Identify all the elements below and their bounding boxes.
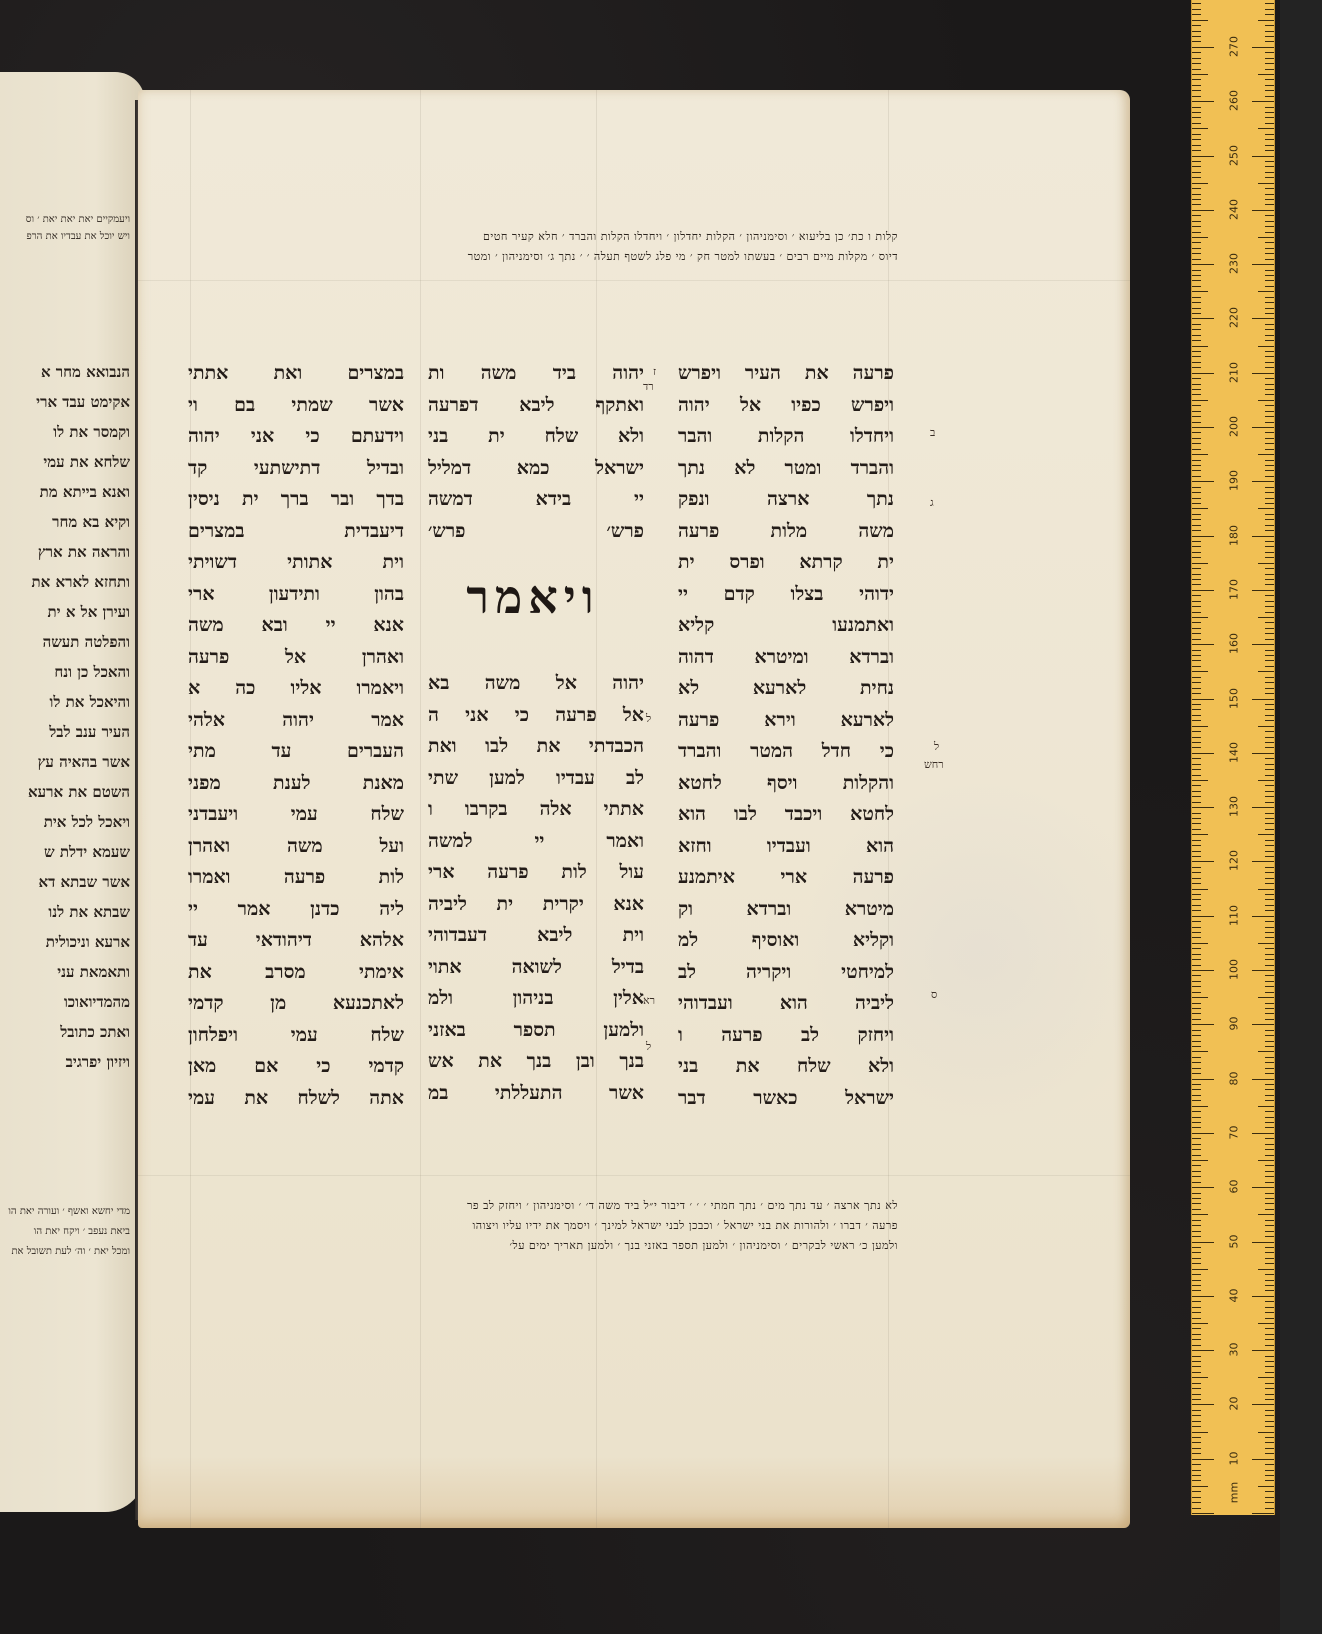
ruler-tick [1258, 1486, 1274, 1487]
ruler-tick [1192, 465, 1201, 466]
ruler-tick [1192, 1301, 1201, 1302]
ruler-tick [1265, 1117, 1274, 1118]
ruler-tick [1192, 747, 1201, 748]
ruler-tick [1258, 346, 1274, 347]
ruling-line [138, 1175, 1130, 1176]
ruler-tick [1192, 720, 1201, 721]
text-line: אשר שמתי בם וי [188, 390, 404, 422]
ruler-tick [1265, 1155, 1274, 1156]
inter-column-note: ז [653, 365, 656, 378]
ruler-tick [1192, 1231, 1201, 1232]
ruler-tick [1265, 883, 1274, 884]
ruler-tick [1265, 242, 1274, 243]
ruler-tick [1192, 1182, 1201, 1183]
ruler-tick [1192, 389, 1201, 390]
ruler-tick [1265, 487, 1274, 488]
ruler-label: 160 [1228, 632, 1241, 656]
ruler-tick [1192, 921, 1201, 922]
ruler-tick [1265, 280, 1274, 281]
ruler-tick [1265, 612, 1274, 613]
ruler-tick [1265, 1258, 1274, 1259]
ruler-tick [1265, 422, 1274, 423]
facing-text-line: ואתכ כתובל [0, 1017, 130, 1047]
ruler-tick [1265, 1220, 1274, 1221]
ruler-tick [1192, 574, 1201, 575]
ruler-tick [1192, 845, 1201, 846]
ruler-tick [1192, 221, 1201, 222]
ruler-tick [1192, 74, 1208, 75]
ruler-tick [1192, 1198, 1201, 1199]
facing-top-line-1: ויעמקיים יאת יאת יאת ׳ וס [0, 212, 130, 228]
ruler-tick [1192, 378, 1201, 379]
ruler-tick [1252, 373, 1274, 374]
text-line: ולא שלח את בני [678, 1051, 894, 1083]
ruler-tick [1265, 1394, 1274, 1395]
ruler-tick [1192, 948, 1201, 949]
ruler-tick [1258, 128, 1274, 129]
ruler-tick [1265, 1111, 1274, 1112]
ruler-tick [1192, 117, 1201, 118]
facing-text-line: שלחא את עמי [0, 447, 130, 477]
facing-text-line: והפלטה תעשה [0, 627, 130, 657]
ruler-tick [1192, 139, 1201, 140]
ruler-label: 170 [1228, 577, 1241, 601]
ruler-label: 260 [1228, 89, 1241, 113]
ruler-tick [1192, 156, 1214, 157]
masorah-bottom-line-2: פרעה ׳ דברו ׳ ולהורות את בני ישראל ׳ וכב… [188, 1216, 898, 1235]
ruler-tick [1265, 894, 1274, 895]
text-line: אנא יי ובא משה [188, 610, 404, 642]
ruler-tick [1265, 574, 1274, 575]
ruler-tick [1265, 867, 1274, 868]
ruler-tick [1192, 1122, 1201, 1123]
ruler-tick [1192, 1437, 1201, 1438]
text-line: ליה כדנן אמר יי [188, 894, 404, 926]
ruler-tick [1265, 112, 1274, 113]
margin-note: ב [930, 426, 935, 439]
ruler-tick [1192, 693, 1201, 694]
ruler-tick [1192, 633, 1201, 634]
ruler-tick [1192, 1073, 1201, 1074]
ruler-tick [1265, 308, 1274, 309]
ruler-tick [1265, 1328, 1274, 1329]
ruler-tick [1192, 194, 1201, 195]
facing-text-line: ויזיון יפרגיב [0, 1047, 130, 1077]
ruler-tick [1258, 726, 1274, 727]
ruler-tick [1192, 14, 1201, 15]
ruler-tick [1192, 655, 1201, 656]
ruler-tick [1265, 215, 1274, 216]
ruler-tick [1252, 590, 1274, 591]
ruler-tick [1252, 1242, 1274, 1243]
ruler-tick [1192, 96, 1201, 97]
ruler-tick [1192, 329, 1201, 330]
ruler-label: 70 [1228, 1120, 1241, 1144]
text-line: עול לות פרעה ארי [428, 857, 644, 889]
text-column-left: במצרים ואת אתתיאשר שמתי בם ויוידעתם כי א… [188, 358, 404, 1114]
ruler-tick [1258, 1214, 1274, 1215]
ruler-tick [1252, 156, 1274, 157]
ruler-tick [1265, 546, 1274, 547]
ruler-tick [1258, 454, 1274, 455]
text-line: במצרים ואת אתתי [188, 358, 404, 390]
ruler-tick [1192, 813, 1201, 814]
ruler-tick [1192, 959, 1201, 960]
ruler-tick [1192, 1508, 1201, 1509]
ruler-tick [1192, 1442, 1201, 1443]
masorah-top-line-2: דיוס ׳ מקלות מיים רבים ׳ בעשתו למטר חק ׳… [188, 247, 898, 266]
ruler-tick [1265, 1399, 1274, 1400]
ruler-label: 80 [1228, 1066, 1241, 1090]
ruler-tick [1192, 1312, 1201, 1313]
ruler-tick [1265, 1290, 1274, 1291]
ruler-tick [1265, 253, 1274, 254]
ruler-tick [1192, 688, 1201, 689]
ruler-tick [1192, 525, 1201, 526]
ruler-tick [1192, 318, 1214, 319]
ruler-tick [1265, 107, 1274, 108]
ruler-tick [1265, 329, 1274, 330]
ruler-tick [1192, 1280, 1201, 1281]
ruler-tick [1192, 1203, 1201, 1204]
ruler-tick [1192, 1024, 1214, 1025]
ruler-tick [1192, 601, 1201, 602]
ruler-tick [1192, 1008, 1201, 1009]
ruler-tick [1265, 14, 1274, 15]
ruler-tick [1192, 1377, 1208, 1378]
ruler-tick [1192, 503, 1201, 504]
text-line: יהוה אל משה בא [428, 668, 644, 700]
ruler-tick [1265, 682, 1274, 683]
ruler-tick [1192, 1366, 1201, 1367]
ruler-tick [1265, 1165, 1274, 1166]
ruler-tick [1192, 1269, 1208, 1270]
ruler-tick [1192, 1035, 1201, 1036]
ruler-tick [1192, 1171, 1201, 1172]
ruler-tick [1192, 422, 1201, 423]
ruler-tick [1192, 1030, 1201, 1031]
ruler-tick [1192, 150, 1201, 151]
ruler-tick [1192, 536, 1214, 537]
ruler-tick [1265, 362, 1274, 363]
ruler-tick [1192, 112, 1201, 113]
ruler-tick [1192, 69, 1201, 70]
ruler-tick [1192, 25, 1201, 26]
text-line: יהוה ביד משה ות [428, 358, 644, 390]
ruler-tick [1265, 335, 1274, 336]
text-line: ישראל כמא דמליל [428, 453, 644, 485]
facing-text-line: אקימט עבד ארי [0, 387, 130, 417]
ruler-tick [1265, 1502, 1274, 1503]
ruler-tick [1192, 1263, 1201, 1264]
ruler-tick [1192, 699, 1214, 700]
margin-note: ל [934, 740, 939, 753]
ruler-tick [1192, 1361, 1201, 1362]
text-line: לחטא ויכבד לבו הוא [678, 799, 894, 831]
ruler-tick [1192, 617, 1208, 618]
ruler-tick [1258, 889, 1274, 890]
ruler-tick [1192, 1323, 1208, 1324]
ruler-tick [1265, 1008, 1274, 1009]
ruler-label: 40 [1228, 1283, 1241, 1307]
ruler-tick [1192, 264, 1214, 265]
ruler-tick [1265, 1285, 1274, 1286]
ruler-tick [1192, 726, 1208, 727]
ruler-tick [1192, 1193, 1201, 1194]
facing-text-line: ויאכל לכל אית [0, 807, 130, 837]
ruler-tick [1192, 449, 1201, 450]
ruler-tick [1192, 584, 1201, 585]
ruler-tick [1265, 177, 1274, 178]
ruler-tick [1265, 639, 1274, 640]
ruler-label: 180 [1228, 523, 1241, 547]
ruler-tick [1192, 1426, 1201, 1427]
ruler-tick [1192, 650, 1201, 651]
ruler-tick [1265, 1263, 1274, 1264]
ruler-tick [1265, 460, 1274, 461]
text-line: אתתי אלה בקרבו ו [428, 794, 644, 826]
ruler-tick [1192, 1041, 1201, 1042]
facing-text-line: ארעא וניכולית [0, 927, 130, 957]
ruler-tick [1265, 1415, 1274, 1416]
ruler-tick [1192, 297, 1201, 298]
ruler-tick [1192, 622, 1201, 623]
ruler-tick [1252, 699, 1274, 700]
text-line: מיטרא וברדא וק [678, 894, 894, 926]
ruler-tick [1258, 617, 1274, 618]
ruler-tick [1265, 1095, 1274, 1096]
ruler-tick [1252, 1187, 1274, 1188]
ruler-tick [1192, 764, 1201, 765]
ruler-tick [1192, 1345, 1201, 1346]
ruler-tick [1192, 1051, 1208, 1052]
ruler-label: 140 [1228, 740, 1241, 764]
ruler-tick [1192, 302, 1201, 303]
ruler-tick [1265, 123, 1274, 124]
ruler-tick [1265, 449, 1274, 450]
ruler-tick [1192, 1057, 1201, 1058]
ruler-tick [1252, 481, 1274, 482]
ruler-tick [1192, 628, 1201, 629]
ruler-tick [1265, 31, 1274, 32]
ruler-tick [1265, 1127, 1274, 1128]
ruler-tick [1192, 204, 1201, 205]
ruler-tick [1192, 210, 1214, 211]
ruler-tick [1265, 313, 1274, 314]
ruler-tick [1265, 921, 1274, 922]
text-line: בנך ובן בנך את אש [428, 1046, 644, 1078]
ruler-tick [1265, 785, 1274, 786]
ruler-tick [1192, 161, 1201, 162]
text-line: אלהא דיהודאי עד [188, 925, 404, 957]
ruler-tick [1265, 503, 1274, 504]
ruler-tick [1192, 1404, 1214, 1405]
ruler-tick [1192, 997, 1208, 998]
ruler-tick [1192, 1383, 1201, 1384]
ruler-tick [1265, 389, 1274, 390]
ruler-tick [1265, 275, 1274, 276]
ruler-tick [1265, 1225, 1274, 1226]
text-line: אנא יקרית ית ליביה [428, 889, 644, 921]
ruler-tick [1265, 1035, 1274, 1036]
ruler-tick [1258, 508, 1274, 509]
text-line: לב עבדיו למען שתי [428, 763, 644, 795]
ruler-tick [1192, 823, 1201, 824]
text-line: וקליא ואוסיף למ [678, 925, 894, 957]
ruler-tick [1192, 568, 1201, 569]
ruler-tick [1265, 1019, 1274, 1020]
ruler-tick [1192, 612, 1201, 613]
ruler-tick [1192, 367, 1201, 368]
ruler-tick [1192, 237, 1208, 238]
ruler-tick [1265, 1041, 1274, 1042]
facing-top-line-2: ויש יוכל את עבדיו את הרפ [0, 229, 130, 245]
ruler-tick [1265, 905, 1274, 906]
ruler-tick [1258, 237, 1274, 238]
facing-text-line: וקיא בא מחר [0, 507, 130, 537]
ruler-tick [1192, 682, 1201, 683]
facing-text-line: שעמא ידלת ש [0, 837, 130, 867]
text-line: ואתמנעו קליא [678, 610, 894, 642]
ruler-tick [1192, 286, 1201, 287]
ruler-tick [1258, 563, 1274, 564]
text-line: ואמר יי למשה [428, 826, 644, 858]
ruler-tick [1192, 742, 1201, 743]
ruler-tick [1265, 1280, 1274, 1281]
ruler-label: 10 [1228, 1446, 1241, 1470]
ruler-tick [1192, 438, 1201, 439]
text-line: אלין בניהון ולמ [428, 983, 644, 1015]
text-line: וית ליבא דעבדוהי [428, 920, 644, 952]
ruler-tick [1265, 519, 1274, 520]
ruler-tick [1192, 9, 1201, 10]
ruler-tick [1192, 481, 1214, 482]
ruler-tick [1265, 514, 1274, 515]
ruler-tick [1265, 405, 1274, 406]
text-line: ישראל כאשר דבר [678, 1083, 894, 1115]
ruler-tick [1265, 823, 1274, 824]
ruler-tick [1265, 1356, 1274, 1357]
ruler-tick [1265, 394, 1274, 395]
text-line: משה מלות פרעה [678, 516, 894, 548]
ruler-tick [1192, 1242, 1214, 1243]
ruler-tick [1192, 1106, 1208, 1107]
ruler-label: 120 [1228, 849, 1241, 873]
ruler-tick [1265, 1203, 1274, 1204]
ruler-tick [1265, 351, 1274, 352]
ruler-tick [1192, 563, 1208, 564]
ruler-tick [1192, 753, 1214, 754]
ruler-tick [1192, 796, 1201, 797]
ruler-tick [1265, 1144, 1274, 1145]
text-line: בדיל לשואה אתוי [428, 952, 644, 984]
text-line: ויפרש כפיו אל יהוה [678, 390, 894, 422]
ruler-tick [1265, 1182, 1274, 1183]
ruler-tick [1265, 1057, 1274, 1058]
ruler-tick [1192, 128, 1208, 129]
ruler-tick [1192, 487, 1201, 488]
ruler-tick [1265, 416, 1274, 417]
ruler-tick [1265, 1361, 1274, 1362]
ruler-tick [1192, 324, 1201, 325]
ruler-tick [1192, 943, 1208, 944]
ruler-tick [1265, 85, 1274, 86]
ruler-tick [1192, 856, 1201, 857]
ruler-tick [1265, 992, 1274, 993]
ruler-tick [1265, 1383, 1274, 1384]
ruler-tick [1192, 769, 1201, 770]
ruler-tick [1265, 965, 1274, 966]
ruler-tick [1265, 90, 1274, 91]
ruler-tick [1192, 183, 1208, 184]
ruler-tick [1258, 291, 1274, 292]
ruler-tick [1265, 1475, 1274, 1476]
ruler-tick [1192, 557, 1201, 558]
ruler-tick [1265, 818, 1274, 819]
ruler-tick [1252, 427, 1274, 428]
ruler-tick [1265, 813, 1274, 814]
ruler-tick [1192, 1003, 1201, 1004]
ruler-tick [1192, 79, 1201, 80]
text-line: וידעתם כי אני יהוה [188, 421, 404, 453]
masorah-bottom-line-1: לא נתך ארצה ׳ עד נתך מים ׳ נתך חמתי ׳ ׳ … [188, 1196, 898, 1215]
ruler-tick [1265, 139, 1274, 140]
text-line: לאתכנעא מן קדמי [188, 988, 404, 1020]
ruler-tick [1265, 932, 1274, 933]
ruler-tick [1265, 1013, 1274, 1014]
text-column-middle-bottom: יהוה אל משה באאל פרעה כי אני ההכבדתי את … [428, 668, 644, 1109]
ruler-tick [1192, 1089, 1201, 1090]
ruler-tick [1265, 1508, 1274, 1509]
ruler-label: 230 [1228, 252, 1241, 276]
ruler-tick [1258, 1106, 1274, 1107]
ruler-tick [1192, 851, 1201, 852]
ruler-tick [1192, 883, 1201, 884]
ruler-tick [1192, 644, 1214, 645]
text-line: הכבדתי את לבו ואת [428, 731, 644, 763]
ruler-tick [1192, 1252, 1201, 1253]
ruler-tick [1265, 693, 1274, 694]
ruler-tick [1265, 709, 1274, 710]
ruler-tick [1265, 79, 1274, 80]
ruler-tick [1265, 1345, 1274, 1346]
text-line: ליביה הוא ועבדוהי [678, 988, 894, 1020]
ruler-tick [1265, 9, 1274, 10]
ruler-tick [1265, 1410, 1274, 1411]
ruler-tick [1192, 460, 1201, 461]
ruler-tick [1265, 606, 1274, 607]
ruler-tick [1192, 1356, 1201, 1357]
ruler-tick [1265, 443, 1274, 444]
ruler-tick [1192, 639, 1201, 640]
ruling-line [138, 280, 1130, 281]
text-line: והברד ומטר לא נתך [678, 453, 894, 485]
ruler-tick [1192, 85, 1201, 86]
ruler-tick [1192, 1464, 1201, 1465]
ruler-tick [1265, 845, 1274, 846]
text-line: ולא שלח ית בני [428, 421, 644, 453]
ruler-tick [1265, 492, 1274, 493]
ruler-tick [1265, 660, 1274, 661]
ruler-tick [1192, 1394, 1201, 1395]
text-line: שלח עמי ויעבדני [188, 799, 404, 831]
ruler-tick [1265, 25, 1274, 26]
ruler-tick [1192, 123, 1201, 124]
ruler-tick [1192, 275, 1201, 276]
ruler-tick [1265, 552, 1274, 553]
ruler-tick [1192, 818, 1201, 819]
ruler-tick [1265, 340, 1274, 341]
